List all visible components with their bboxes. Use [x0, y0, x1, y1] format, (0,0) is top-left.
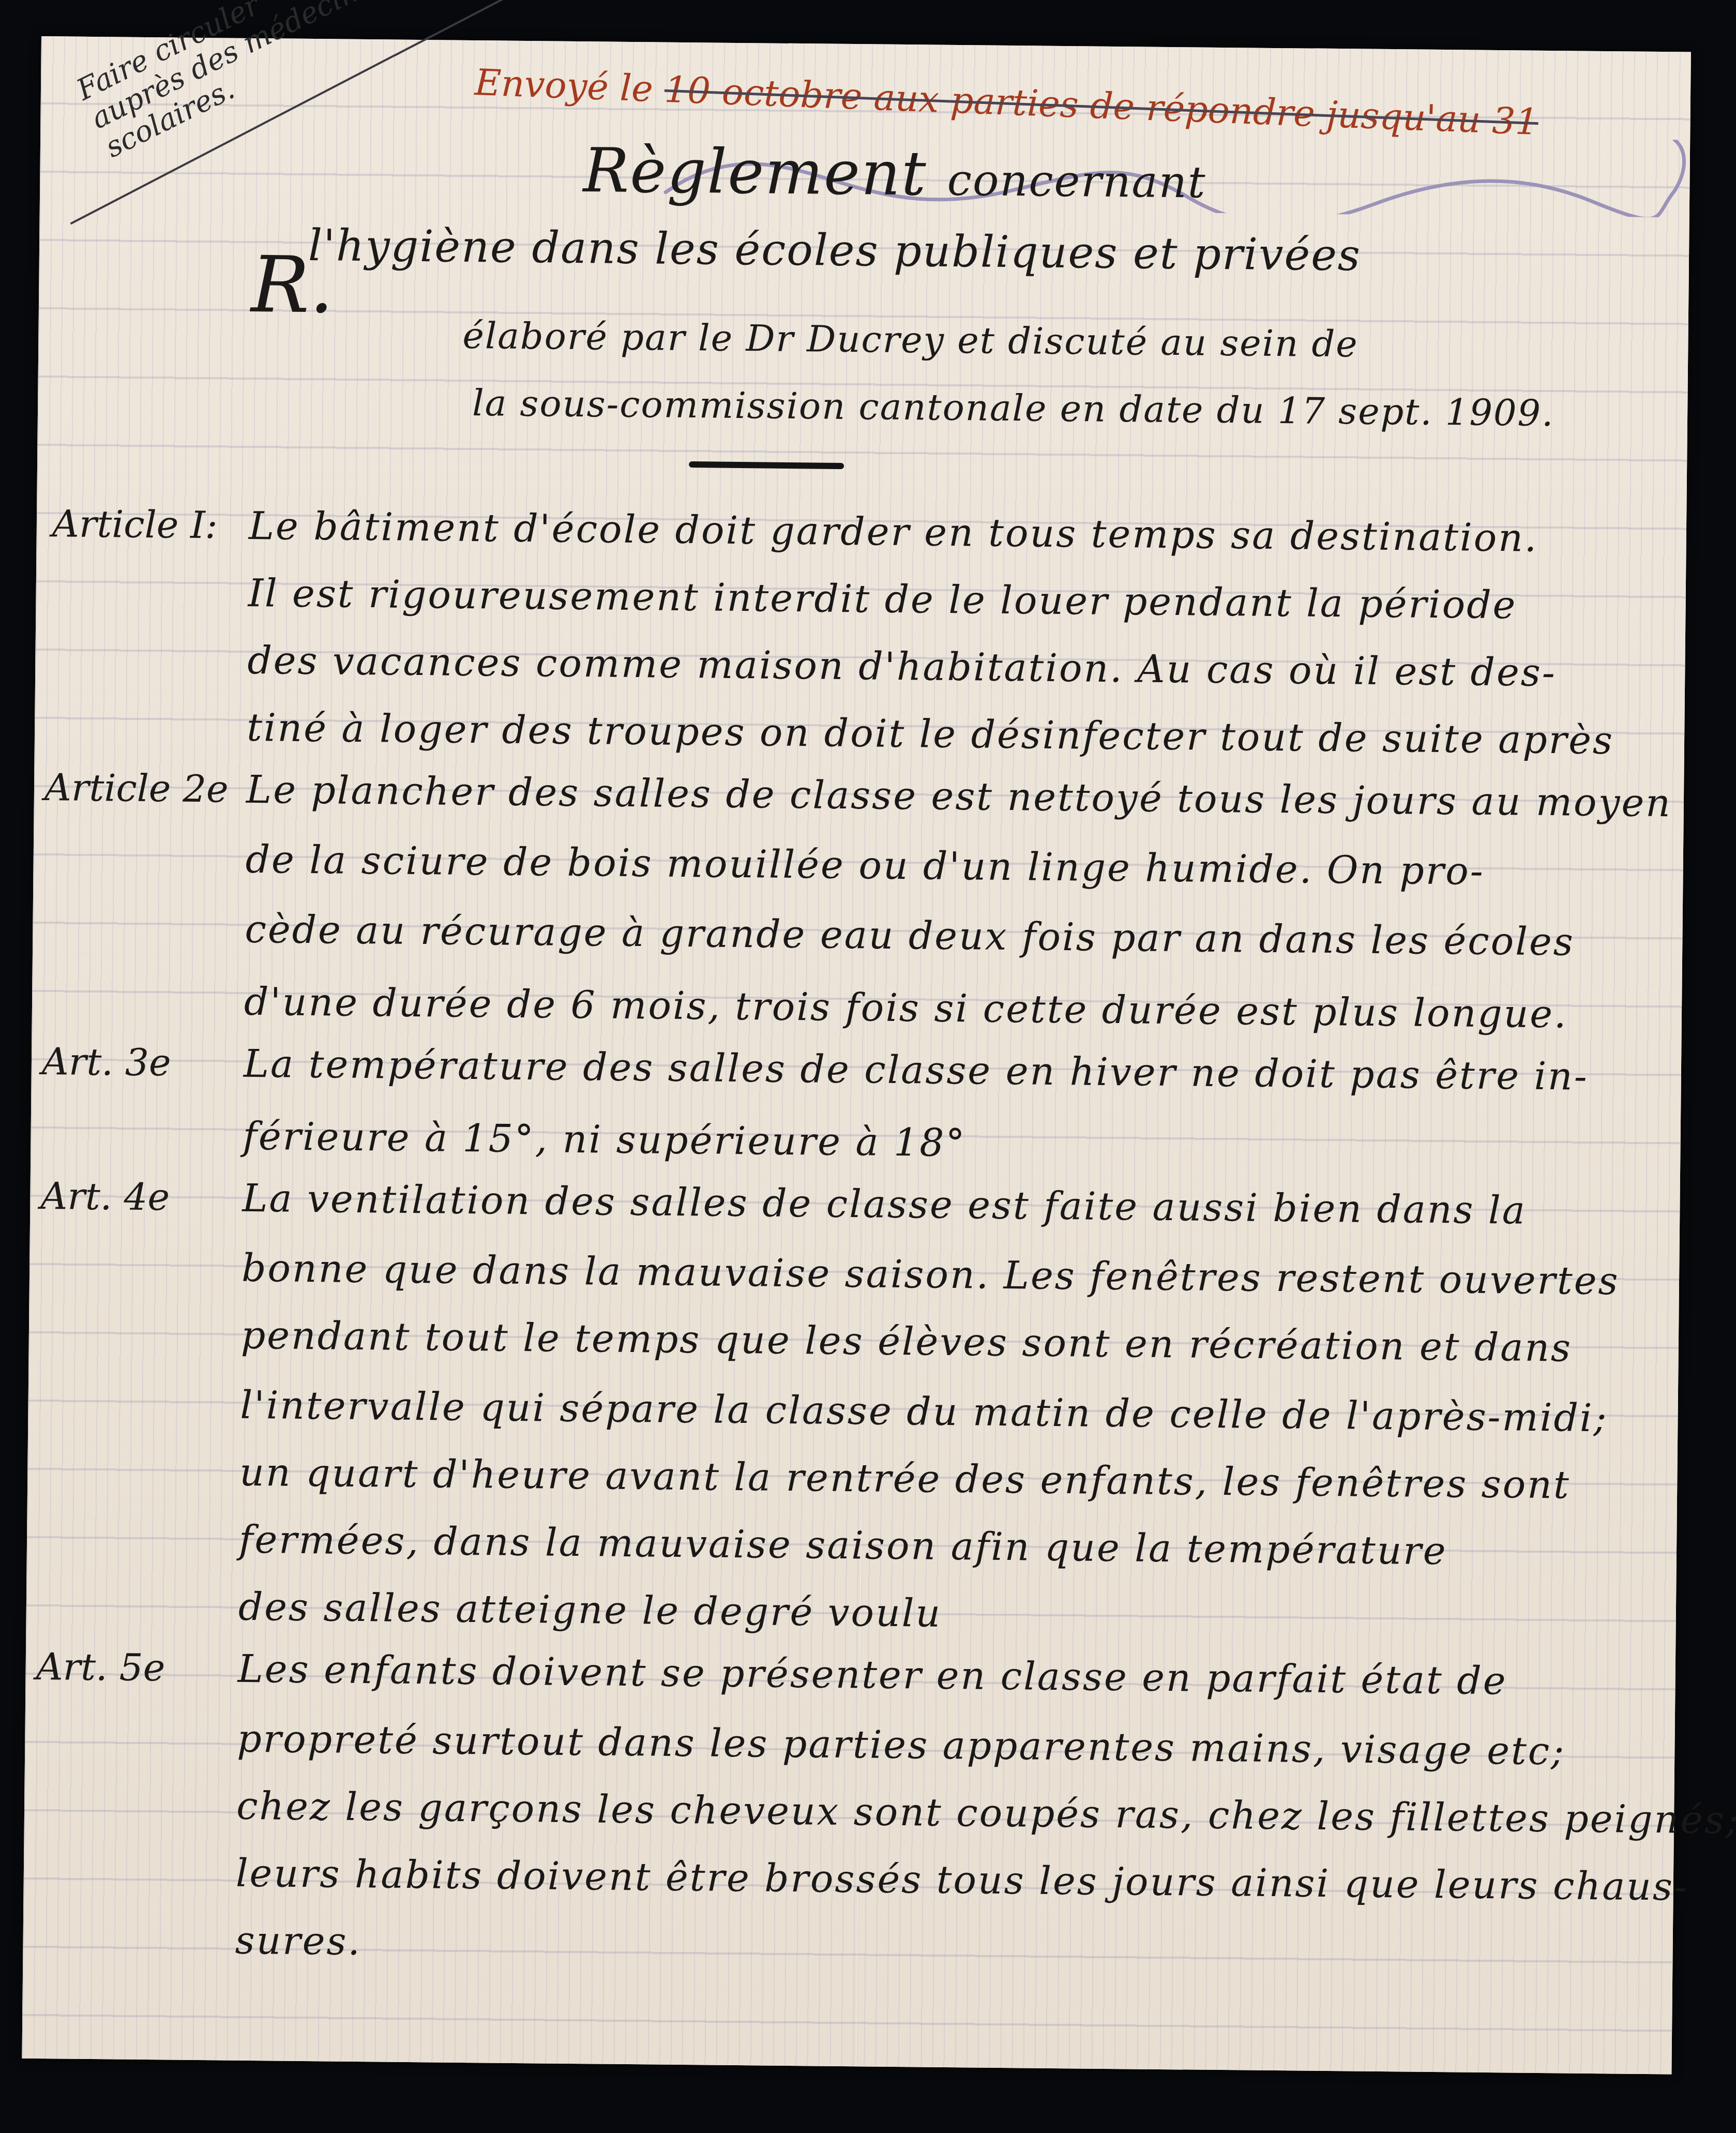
title-line-3: la sous-commission cantonale en date du …	[472, 382, 1554, 434]
article-line: férieure à 15°, ni supérieure à 18°	[243, 1114, 967, 1165]
article-line: bonne que dans la mauvaise saison. Les f…	[241, 1246, 1620, 1304]
title-secondary: concernant	[947, 155, 1206, 208]
article-label: Art. 5e	[36, 1645, 165, 1689]
article-line: d'une durée de 6 mois, trois fois si cet…	[244, 980, 1568, 1037]
title-line-2: élaboré par le Dr Ducrey et discuté au s…	[462, 314, 1358, 366]
article-line: pendant tout le temps que les élèves son…	[240, 1313, 1572, 1371]
handwritten-page: Faire circuler auprès des médecins scola…	[22, 36, 1690, 2074]
article-line: des vacances comme maison d'habitation. …	[247, 638, 1557, 695]
red-annotation: Envoyé le 10 octobre aux parties de répo…	[474, 61, 1539, 143]
red-annotation-plain: Envoyé le	[474, 61, 654, 110]
article-line: fermées, dans la mauvaise saison afin qu…	[239, 1518, 1447, 1573]
article-label: Article 2e	[44, 765, 229, 810]
title-rule	[689, 461, 844, 469]
article-line: La température des salles de classe en h…	[244, 1042, 1589, 1099]
article-label: Article I:	[52, 502, 218, 547]
title-main: Règlement	[583, 134, 927, 209]
page-title: Règlement concernant	[583, 134, 1206, 212]
article-line: Les enfants doivent se présenter en clas…	[237, 1647, 1507, 1704]
title-line-1: l'hygiène dans les écoles publiques et p…	[308, 220, 1362, 281]
article-line: de la sciure de bois mouillée ou d'un li…	[245, 837, 1485, 894]
article-line: chez les garçons les cheveux sont coupés…	[236, 1784, 1736, 1843]
article-line: propreté surtout dans les parties appare…	[237, 1717, 1566, 1774]
article-line: l'intervalle qui sépare la classe du mat…	[240, 1383, 1608, 1440]
article-line: un quart d'heure avant la rentrée des en…	[239, 1450, 1571, 1508]
article-line: Il est rigoureusement interdit de le lou…	[248, 571, 1517, 628]
article-label: Art. 3e	[42, 1040, 171, 1084]
article-line: cède au récurage à grande eau deux fois …	[245, 907, 1575, 965]
article-line: sures.	[235, 1918, 361, 1964]
article-line: Le plancher des salles de classe est net…	[246, 768, 1672, 825]
article-line: Le bâtiment d'école doit garder en tous …	[249, 504, 1538, 561]
article-line: leurs habits doivent être brossés tous l…	[236, 1851, 1689, 1910]
article-label: Art. 4e	[40, 1174, 170, 1219]
article-line: des salles atteigne le degré voulu	[238, 1585, 942, 1636]
article-line: La ventilation des salles de classe est …	[242, 1176, 1527, 1233]
article-line: tiné à loger des troupes on doit le dési…	[247, 705, 1614, 763]
